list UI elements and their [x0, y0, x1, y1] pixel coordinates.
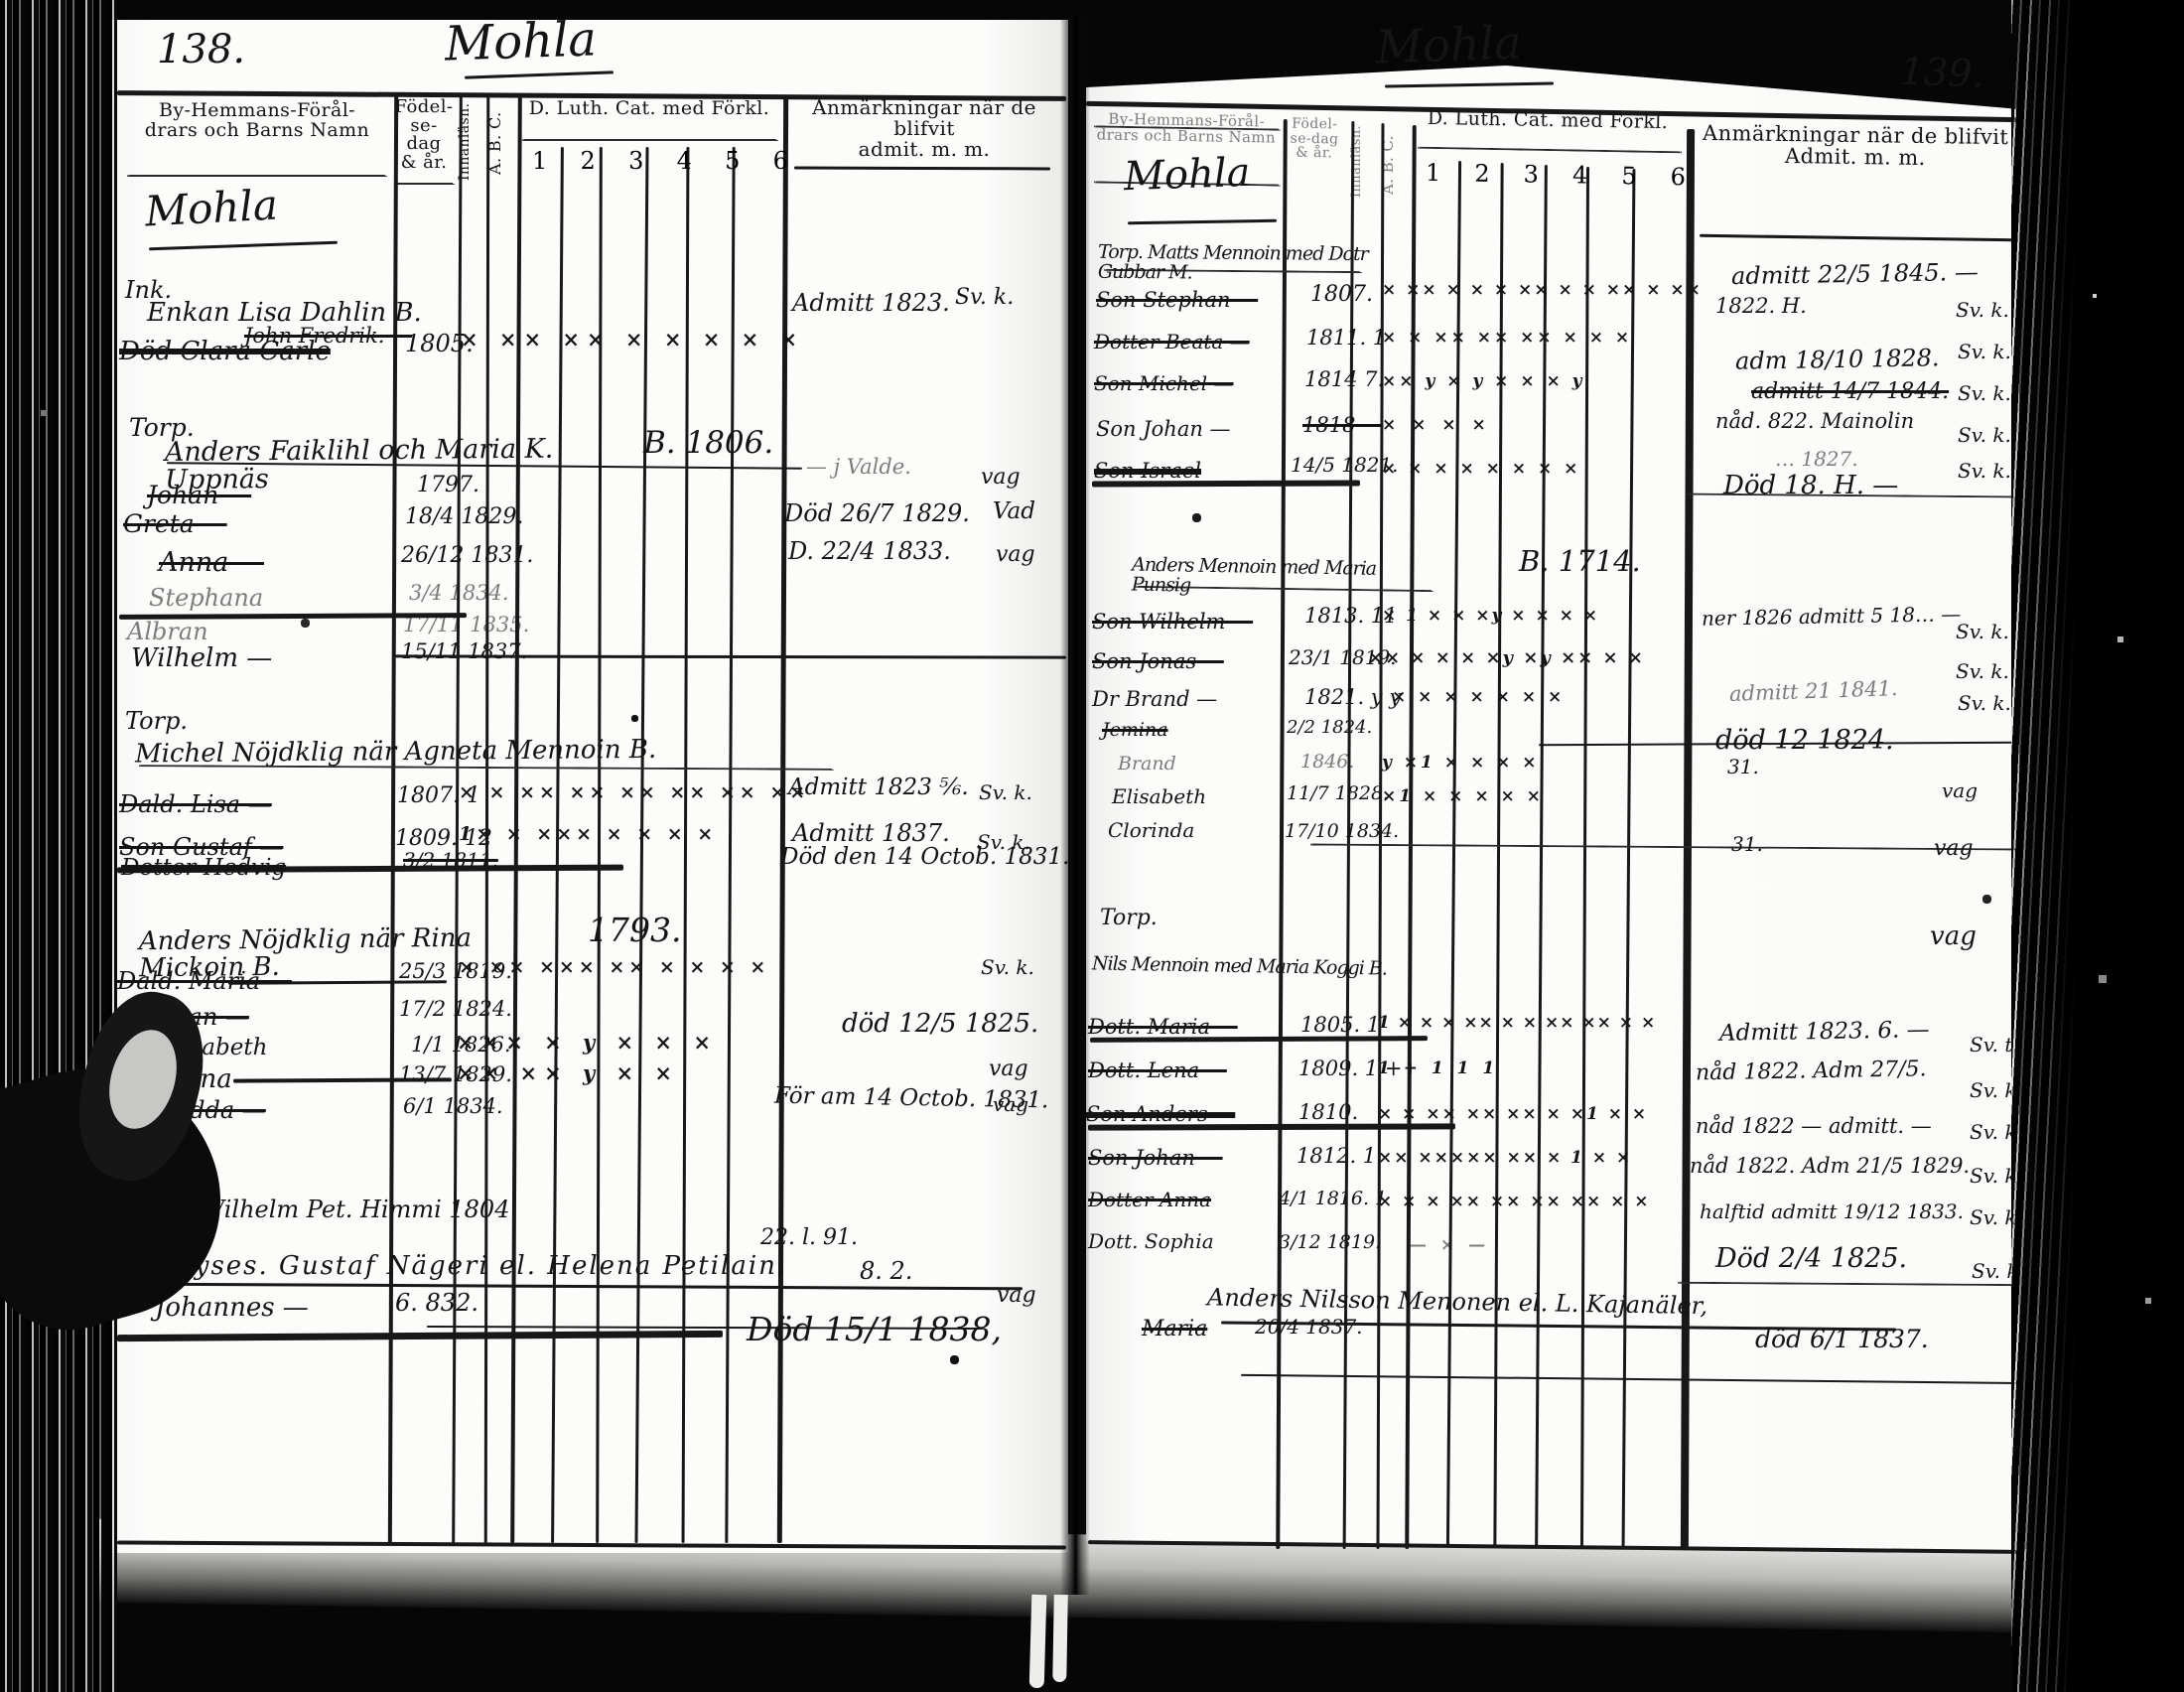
handwritten-entry: Son Johan —	[1096, 419, 1231, 441]
left-header-catechism-column: D. Luth. Cat. med Förkl.	[518, 99, 780, 119]
handwritten-entry: vag	[1934, 838, 1974, 861]
handwritten-entry: 3/4 1834.	[409, 583, 509, 605]
handwritten-entry: Dotter Hedvig	[121, 857, 286, 881]
catechism-marks: ×× × × × ×y ×y ×× × ×	[1368, 649, 1645, 668]
handwritten-entry: Inhyses. Gustaf Nägeri el. Helena Petila…	[145, 1253, 840, 1280]
catechism-marks: ××× × y × × ×	[457, 1032, 718, 1054]
binding-gutter	[1060, 16, 1090, 1595]
handwritten-entry: Dotter Beata —	[1094, 332, 1250, 352]
left-header-catechism-subcolumns: 123456	[520, 147, 800, 175]
handwritten-entry: D. 22/4 1833.	[788, 539, 951, 564]
handwritten-entry: Dald. Maria —	[117, 969, 292, 994]
table-rule-horizontal	[522, 139, 778, 141]
handwritten-entry: död 12/5 1825.	[842, 1011, 1038, 1038]
handwritten-entry: 8. 2.	[860, 1259, 912, 1284]
handwritten-entry: vag	[989, 1058, 1028, 1081]
handwritten-entry: Död 15/1 1838,	[747, 1313, 1002, 1346]
handwritten-entry: 6/1 1834.	[403, 1096, 503, 1118]
handwritten-entry: död 6/1 1837.	[1755, 1327, 1929, 1352]
handwritten-entry: Clorinda	[1108, 820, 1194, 841]
handwritten-entry: Son Michel —	[1094, 373, 1234, 394]
cat-subcol-label: 3	[1523, 160, 1539, 188]
ink-specks	[631, 715, 638, 722]
handwritten-entry: Wilhelm —	[131, 645, 272, 672]
right-header-name-column: By-Hemmans-Förål- drars och Barns Namn	[1092, 111, 1282, 145]
handwritten-entry: Torp. Matts Mennoin med Dotr Gubbar M.	[1098, 243, 1396, 285]
handwritten-entry: Son Israel	[1094, 461, 1201, 483]
catechism-marks: — × —	[1410, 1237, 1489, 1255]
handwritten-entry: Sv. k.	[1956, 622, 2009, 642]
handwritten-entry: adm 18/10 1828.	[1735, 346, 1940, 374]
catechism-marks: y ×1 × × × ×	[1382, 755, 1540, 773]
handwritten-entry: Admitt 1823.	[792, 291, 950, 316]
right-page-running-title: Mohla	[1375, 19, 1522, 71]
handwritten-entry: Sv. k.	[1956, 661, 2009, 682]
catechism-marks: × × × ×	[1382, 417, 1491, 435]
left-page-body-title: Mohla	[144, 184, 279, 234]
bookmark-ribbon	[1029, 1595, 1047, 1688]
handwritten-entry: Dald. Lisa —	[119, 792, 272, 817]
handwritten-entry: Död den 14 Octob. 1831.	[780, 846, 1069, 870]
handwritten-entry: Anders Mennoin med Maria Punsig	[1132, 556, 1411, 600]
handwritten-entry: Dotter Anna	[1088, 1190, 1211, 1210]
left-page-running-title: Mohla	[444, 15, 598, 70]
catechism-marks: 1 + 1 1 1	[1378, 1060, 1498, 1078]
handwritten-entry: Anna —	[159, 549, 264, 577]
handwritten-entry: Admitt 1823. 6. —	[1719, 1019, 1930, 1047]
handwritten-entry: 3/2 1811.	[403, 850, 498, 871]
handwritten-entry: nåd 1822 — admitt. —	[1696, 1116, 1983, 1138]
handwritten-entry: Sv. k.	[1958, 693, 2011, 714]
handwritten-entry: Johannes —	[155, 1295, 309, 1322]
handwritten-entry: Död Clara Carle	[119, 339, 331, 365]
right-page-number: 139.	[1899, 53, 1984, 94]
handwritten-entry: 17/11 1835.	[403, 615, 529, 636]
cat-subcol-label: 2	[1474, 160, 1490, 188]
handwritten-entry: Maria	[1142, 1319, 1207, 1341]
handwritten-entry: Michel Nöjdklig när Agneta Mennoin B.	[135, 737, 691, 769]
handwritten-entry: 1807.	[1310, 284, 1373, 307]
handwritten-entry: — j Valde.	[806, 457, 911, 479]
handwritten-entry: Greta —	[123, 511, 227, 537]
handwritten-entry: 17/2 1824.	[399, 999, 512, 1021]
catechism-marks: × × ×× ×× ×× × ×1 × ×	[1378, 1106, 1648, 1124]
handwritten-entry: 1818 —	[1302, 415, 1383, 437]
handwritten-entry: admitt 14/7 1844.	[1751, 381, 1949, 404]
right-page-body-title: Mohla	[1123, 153, 1251, 199]
right-header-birthdate-column: Födel- se-dag & år.	[1283, 116, 1347, 161]
handwritten-entry: 2/2 1824.	[1287, 719, 1372, 738]
left-header-birthdate-column: Födel- se-dag & år.	[393, 98, 455, 173]
catechism-marks: × × ×× ×× ×× ×× ×× ××	[459, 783, 809, 803]
handwritten-entry: Sv. k.	[1956, 300, 2009, 321]
handwritten-entry: Sv. k.	[1958, 383, 2011, 404]
handwritten-entry: Johan —	[147, 483, 251, 508]
handwritten-entry: Son Jonas —	[1092, 651, 1224, 673]
catechism-marks: × ×× × × × ×× × × ×× × ××	[1382, 282, 1703, 300]
handwritten-entry: Sv. k.	[1958, 342, 2011, 362]
left-header-remarks-column: Anmärkningar när de blifvit admit. m. m.	[786, 97, 1062, 159]
handwritten-entry: 31.	[1731, 834, 1763, 855]
bookmark-ribbon	[1052, 1595, 1068, 1682]
handwritten-entry: 26/12 1831.	[401, 545, 533, 568]
handwritten-entry: Död 2/4 1825.	[1715, 1245, 1907, 1273]
handwritten-entry: Sv. k.	[1958, 461, 2011, 482]
handwritten-entry: Admitt 1837.	[792, 821, 950, 846]
handwritten-entry: 1811. 1	[1306, 328, 1386, 350]
catechism-marks: ×× y × y × × × y	[1382, 373, 1585, 391]
catechism-marks: × × × × × × × ×	[1382, 461, 1580, 479]
handwritten-entry: Död 26/7 1829.	[784, 501, 970, 526]
catechism-marks: × ×× ×× × × × × ×	[461, 329, 804, 351]
handwritten-entry: Torp.	[1100, 908, 1158, 930]
cat-subcol-label: 1	[1426, 159, 1441, 187]
book-edge-right	[2011, 0, 2184, 1692]
handwritten-entry: admitt 22/5 1845. —	[1731, 260, 1979, 289]
handwritten-entry: Brand	[1118, 755, 1176, 775]
catechism-marks: × 1 × × ×y × × × ×	[1382, 608, 1599, 626]
cat-subcol-label: 4	[1572, 161, 1588, 189]
handwritten-entry: död 12 1824.	[1715, 727, 1894, 755]
handwritten-entry: 1822. H.	[1715, 296, 1807, 318]
handwritten-entry: Död 18. H. —	[1723, 473, 1898, 499]
scanned-book-spread: 138. Mohla Mohla By-Hemmans-Förål- drars…	[0, 0, 2184, 1692]
catechism-marks: × ×× ××× ×× × × × ×	[459, 958, 769, 978]
handwritten-entry: 1793.	[588, 914, 681, 947]
handwritten-entry: Son Anders —	[1086, 1104, 1235, 1126]
handwritten-entry: nåd. 822. Mainolin	[1715, 411, 1914, 433]
table-rule-horizontal	[395, 183, 455, 185]
handwritten-entry: 20/4 1837.	[1255, 1317, 1363, 1338]
handwritten-entry: Dr Brand —	[1092, 689, 1217, 711]
handwritten-entry: Sv. k.	[981, 957, 1034, 978]
catechism-marks: × × × ×× ×× ×× ×× × ×	[1378, 1194, 1651, 1211]
handwritten-entry: Sv. k.	[1958, 425, 2011, 446]
handwritten-entry: Sv. k.	[979, 782, 1032, 803]
handwritten-entry: 22. l. 91.	[760, 1227, 858, 1250]
handwritten-entry: vag	[996, 544, 1035, 567]
handwritten-entry: 17/10 1834.	[1285, 822, 1399, 842]
handwritten-entry: 3/12 1819.	[1279, 1233, 1381, 1253]
cat-subcol-label: 6	[1670, 163, 1686, 191]
handwritten-entry: Vad	[993, 500, 1035, 524]
handwritten-entry: Stephana	[149, 586, 263, 611]
right-header-abc-column: A. B. C.	[1381, 125, 1397, 205]
table-rule-horizontal	[127, 175, 387, 177]
handwritten-entry: Son Wilhelm —	[1092, 612, 1253, 634]
handwritten-entry: vag	[993, 1094, 1028, 1115]
handwritten-entry: nåd 1822. Adm 21/5 1829.	[1690, 1156, 1997, 1178]
handwritten-entry: B. 1806.	[643, 427, 773, 459]
handwritten-entry: 1812. 1	[1297, 1146, 1376, 1168]
handwritten-entry: vag	[1942, 780, 1978, 801]
catechism-marks: ×× ××××× ×× × 1 × ×	[1378, 1150, 1632, 1168]
handwritten-entry: B. 1714.	[1519, 546, 1641, 576]
cat-subcol-label: 3	[628, 147, 643, 175]
handwritten-entry: Jemina	[1102, 721, 1168, 741]
handwritten-entry: Dott. Sophia	[1088, 1231, 1214, 1252]
catechism-marks: × × × × × × ×	[1392, 689, 1565, 707]
catechism-marks: ×1 × × × × ×	[1382, 788, 1544, 806]
handwritten-entry: 1810.	[1298, 1102, 1358, 1124]
handwritten-entry: 1821. y y	[1304, 687, 1401, 709]
cat-subcol-label: 4	[677, 147, 692, 175]
handwritten-entry: 31.	[1727, 757, 1759, 777]
left-header-reading-column: Innanläsn.	[458, 101, 473, 183]
right-header-catechism-subcolumns: 123456	[1414, 159, 1698, 192]
catechism-marks: 1× × ××× × × × ×	[459, 825, 717, 845]
handwritten-entry: Torp.	[125, 709, 188, 734]
handwritten-entry: … 1827.	[1775, 449, 1858, 470]
handwritten-entry: vag	[981, 467, 1021, 490]
cat-subcol-label: 5	[725, 147, 740, 175]
handwritten-entry: nåd 1822. Adm 27/5.	[1696, 1058, 1964, 1086]
left-header-name-column: By-Hemmans-Förål- drars och Barns Namn	[125, 101, 389, 141]
handwritten-entry: halftid admitt 19/12 1833.	[1700, 1201, 2007, 1222]
handwritten-entry: vag	[1930, 923, 1977, 950]
dust-specks	[2093, 294, 2097, 298]
handwritten-entry: Admitt 1823 ⅚.	[788, 776, 969, 800]
handwritten-entry: Dott. Lena —	[1088, 1060, 1227, 1082]
handwritten-entry: Dott. Maria —	[1088, 1017, 1238, 1039]
handwritten-entry: 6. 832.	[395, 1291, 478, 1316]
handwritten-entry: Son Johan —	[1088, 1148, 1223, 1170]
right-header-remarks-column: Anmärkningar när de blifvit Admit. m. m.	[1694, 123, 2018, 171]
handwritten-entry: 1814 7.	[1304, 369, 1384, 391]
catechism-marks: × × ×× ×× ×× × × ×	[1382, 330, 1632, 348]
handwritten-entry: Enkan Lisa Dahlin B.	[147, 300, 422, 327]
handwritten-entry: 11/7 1828.	[1287, 784, 1389, 804]
handwritten-entry: 18/4 1829.	[405, 506, 523, 529]
handwritten-entry: 15/11 1837.	[401, 641, 527, 663]
cat-subcol-label: 5	[1621, 162, 1637, 190]
catechism-marks: ×× ×× y × ×	[457, 1062, 679, 1084]
handwritten-entry: Albran	[127, 620, 208, 644]
cat-subcol-label: 1	[532, 147, 547, 175]
right-header-reading-column: Innanläsn.	[1350, 121, 1364, 201]
handwritten-entry: Son Stephan —	[1096, 290, 1258, 312]
handwritten-entry: 4/1 1816. 1	[1279, 1190, 1387, 1209]
handwritten-entry: 1846.	[1300, 753, 1354, 773]
handwritten-entry: Sv. k.	[955, 287, 1014, 310]
handwritten-entry: 1805. 1	[1300, 1015, 1380, 1037]
handwritten-entry: Elisabeth	[1112, 786, 1206, 807]
cat-subcol-label: 2	[581, 147, 596, 175]
left-header-abc-column: A. B. C.	[487, 103, 504, 183]
catechism-marks: 1 × × × ×× × × ×× ×× × ×	[1378, 1015, 1656, 1033]
book-edge-left	[0, 0, 117, 1692]
left-page-number: 138.	[157, 30, 245, 71]
handwritten-entry: vag	[997, 1285, 1036, 1308]
handwritten-entry: 1797.	[417, 475, 479, 497]
